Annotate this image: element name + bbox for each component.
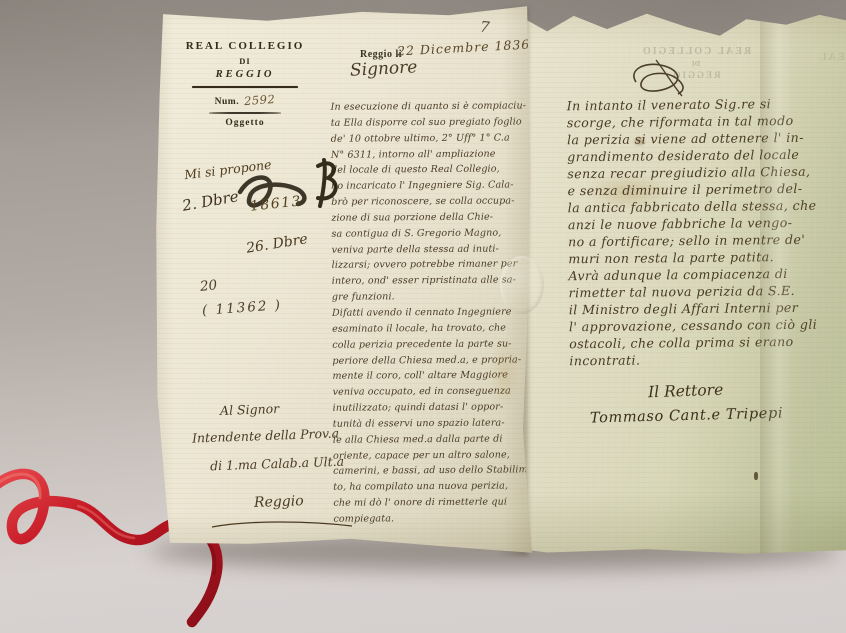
handwritten-line: sa contigua di S. Gregorio Magno, [331, 225, 541, 242]
handwritten-line: to, ha compilato una nuova perizia, [333, 479, 543, 496]
handwritten-line: veniva parte della stessa ad inuti- [332, 241, 542, 258]
handwritten-line: compiegata. [333, 510, 543, 527]
letterhead-line2: DI [184, 56, 306, 66]
handwritten-line: de' 10 ottobre ultimo, 2° Uff° 1° C.a [331, 130, 541, 147]
handwritten-line: ta Ella disporre col suo pregiato foglio [331, 114, 541, 131]
letterhead-rule-small [209, 112, 281, 114]
address-line2: Intendente della Prov.a [192, 425, 339, 445]
handwritten-line: incontrati. [569, 350, 818, 370]
handwritten-line: inutilizzato; quindi datasi l' oppor- [333, 399, 543, 416]
letterhead-line1: REAL COLLEGIO [184, 40, 306, 52]
handwritten-line: le alla Chiesa med.a dalla parte di [333, 431, 543, 448]
handwritten-line: ho incaricato l' Ingegniere Sig. Cala- [331, 177, 541, 194]
address-line4: Reggio [254, 493, 304, 511]
right-page: REAL COLLEGIO DI REGGIO REAL In intanto … [514, 6, 846, 558]
handwritten-line: zione di sua porzione della Chie- [331, 209, 541, 226]
margin-note-20: 20 [199, 277, 218, 295]
letterhead-rule [192, 86, 298, 88]
address-line3: di 1.ma Calab.a Ult.a [210, 454, 344, 474]
handwritten-line: N° 6311, intorno all' ampliazione [331, 146, 541, 163]
embossed-seal [500, 256, 544, 314]
address-line1: Al Signor [220, 401, 280, 418]
letter-body-left: In esecuzione di quanto si è compiaciu-t… [331, 98, 544, 527]
handwritten-line: In esecuzione di quanto si è compiaciu- [331, 98, 541, 115]
margin-note-date: 26. Dbre [245, 231, 309, 256]
handwritten-line: brò per riconoscere, se colla occupa- [331, 193, 541, 210]
handwritten-line: no a fortificare; sello in mentre de' [568, 231, 817, 251]
margin-note-registry: ( 11362 ) [202, 297, 283, 319]
handwritten-line: del locale di questo Real Collegio, [331, 162, 541, 179]
margin-note-received: 2. Dbre [181, 187, 240, 215]
letterhead-stamp: REAL COLLEGIO DI REGGIO Num.2592 Oggetto [184, 40, 306, 128]
handwritten-line: periore della Chiesa med.a, e propria- [332, 352, 542, 369]
ink-fleck [754, 472, 758, 480]
bleedthrough-line1: REAL COLLEGIO [632, 46, 760, 57]
closing-title: Il Rettore [648, 381, 724, 402]
handwritten-line: tunità di esservi uno spazio latera- [333, 415, 543, 432]
salutation: Signore [350, 57, 418, 80]
handwritten-line: veniva occupato, ed in conseguenza [333, 383, 543, 400]
ink-flourish [626, 58, 690, 98]
dateline-handwritten: 22 Dicembre 1836 [397, 37, 531, 59]
address-underline-flourish [210, 518, 354, 530]
manuscript-photo: REAL COLLEGIO DI REGGIO REAL In intanto … [0, 0, 846, 633]
handwritten-line: esaminato il locale, ha trovato, che [332, 320, 542, 337]
handwritten-line: camerini, e bassi, ad uso dello Stabilim… [333, 463, 543, 480]
handwritten-line: colla perizia precedente la parte su- [332, 336, 542, 353]
left-page: REAL COLLEGIO DI REGGIO Num.2592 Oggetto… [154, 4, 532, 564]
signature: Tommaso Cant.e Tripepi [590, 405, 783, 426]
letterhead-line3: REGGIO [184, 69, 306, 80]
bleedthrough-fragment: REAL [818, 52, 846, 63]
letter-body-right: In intanto il venerato Sig.re siscorge, … [567, 95, 819, 370]
num-label: Num. [215, 97, 239, 107]
handwritten-line: che mi dò l' onore di rimetterle qui [333, 494, 543, 511]
handwritten-line: mente il coro, coll' altare Maggiore [332, 368, 542, 385]
handwritten-line: oriente, capace per un altro salone, [333, 447, 543, 464]
num-value-handwritten: 2592 [244, 92, 276, 108]
page-number: 7 [479, 18, 490, 37]
handwritten-line: ostacoli, che colla prima si erano [569, 333, 818, 353]
oggetto-label: Oggetto [184, 118, 306, 128]
